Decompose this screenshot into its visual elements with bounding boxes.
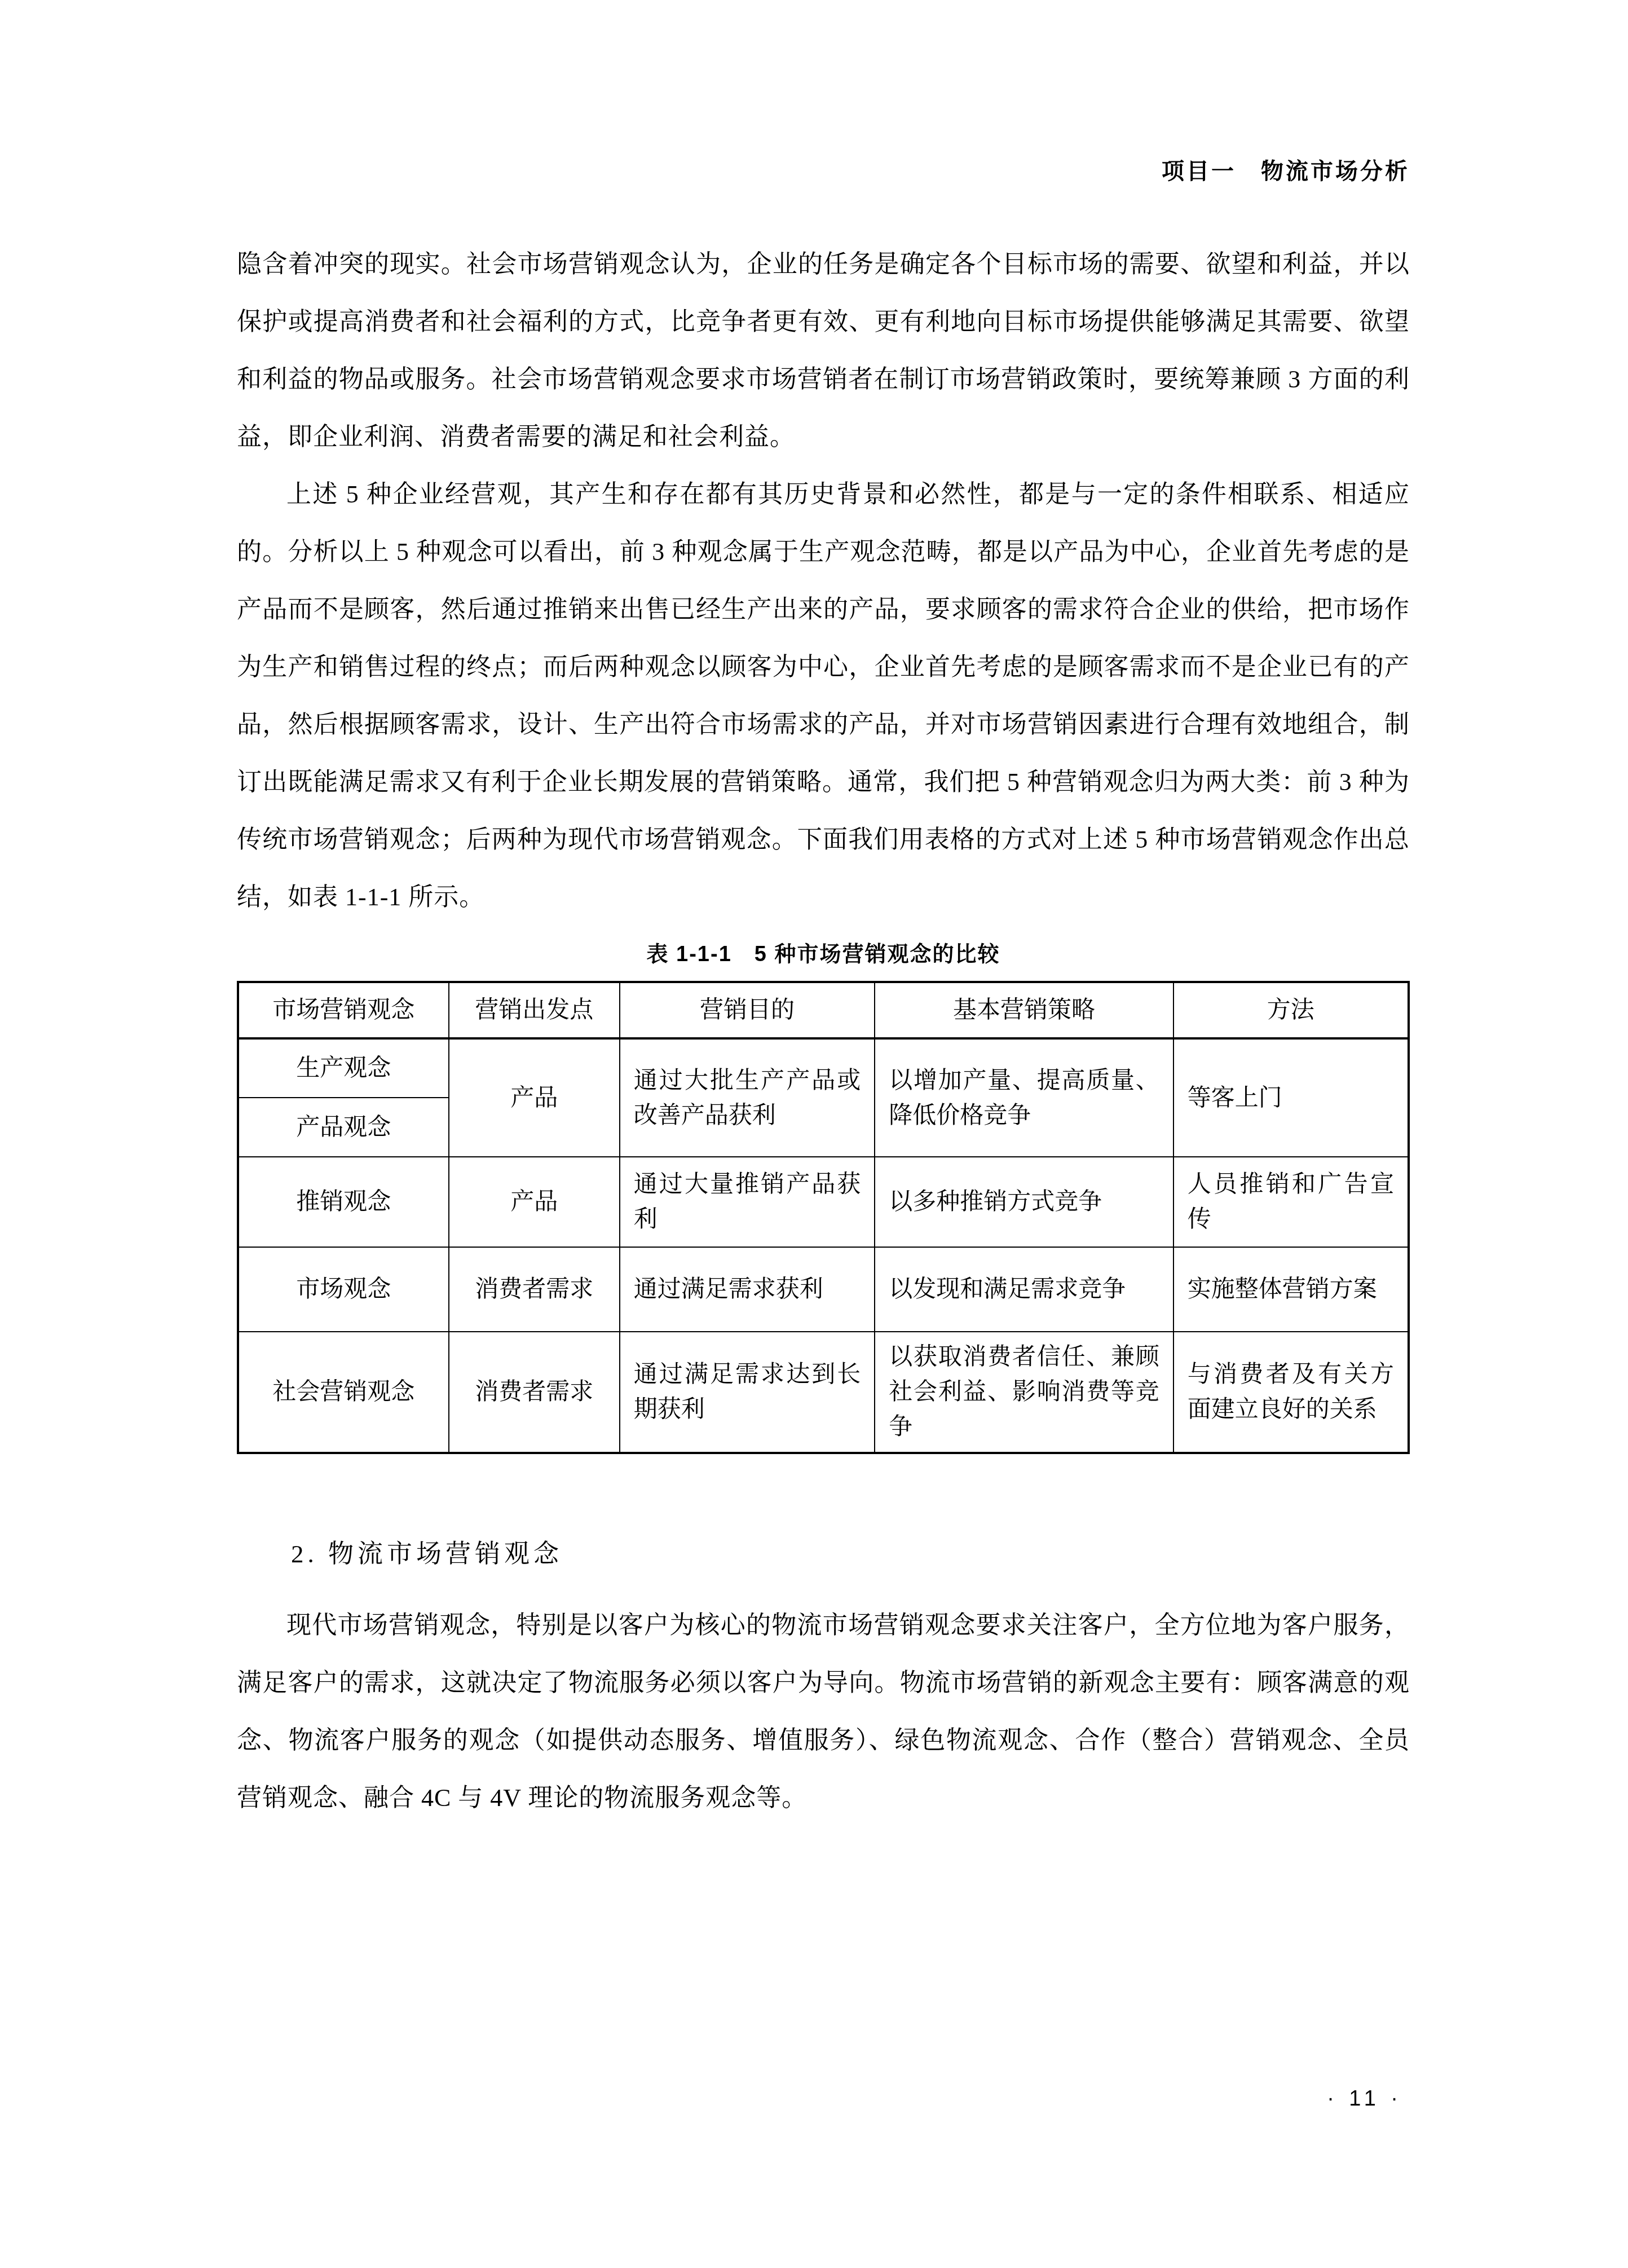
cell-method: 与消费者及有关方面建立良好的关系 [1173,1332,1409,1453]
cell-method: 实施整体营销方案 [1173,1247,1409,1332]
cell-origin: 消费者需求 [449,1247,620,1332]
column-header-purpose: 营销目的 [620,982,875,1038]
cell-concept: 社会营销观念 [238,1332,449,1453]
table-caption: 表 1-1-1 5 种市场营销观念的比较 [237,936,1410,967]
cell-strategy: 以发现和满足需求竞争 [875,1247,1173,1332]
cell-method: 人员推销和广告宣传 [1173,1157,1409,1247]
marketing-concepts-table: 市场营销观念 营销出发点 营销目的 基本营销策略 方法 生产观念 产品 通过大批… [237,981,1410,1454]
column-header-strategy: 基本营销策略 [875,982,1173,1038]
paragraph-2: 上述 5 种企业经营观，其产生和存在都有其历史背景和必然性，都是与一定的条件相联… [237,466,1410,926]
column-header-method: 方法 [1173,982,1409,1038]
table-row: 生产观念 产品 通过大批生产产品或改善产品获利 以增加产量、提高质量、降低价格竞… [238,1038,1409,1098]
paragraph-1: 隐含着冲突的现实。社会市场营销观念认为，企业的任务是确定各个目标市场的需要、欲望… [237,236,1410,466]
table-row: 推销观念 产品 通过大量推销产品获利 以多种推销方式竞争 人员推销和广告宣传 [238,1157,1409,1247]
table-row: 社会营销观念 消费者需求 通过满足需求达到长期获利 以获取消费者信任、兼顾社会利… [238,1332,1409,1453]
column-header-concept: 市场营销观念 [238,982,449,1038]
cell-concept: 市场观念 [238,1247,449,1332]
cell-purpose: 通过大量推销产品获利 [620,1157,875,1247]
cell-concept: 生产观念 [238,1038,449,1098]
document-page: 项目一 物流市场分析 隐含着冲突的现实。社会市场营销观念认为，企业的任务是确定各… [0,0,1628,2268]
cell-origin: 产品 [449,1157,620,1247]
section-heading-2: 2. 物流市场营销观念 [237,1533,1410,1570]
cell-concept: 推销观念 [238,1157,449,1247]
column-header-origin: 营销出发点 [449,982,620,1038]
paragraph-3: 现代市场营销观念，特别是以客户为核心的物流市场营销观念要求关注客户，全方位地为客… [237,1597,1410,1827]
cell-origin: 产品 [449,1038,620,1157]
cell-strategy: 以多种推销方式竞争 [875,1157,1173,1247]
cell-concept: 产品观念 [238,1098,449,1157]
text-column: 隐含着冲突的现实。社会市场营销观念认为，企业的任务是确定各个目标市场的需要、欲望… [237,236,1410,1827]
table-header-row: 市场营销观念 营销出发点 营销目的 基本营销策略 方法 [238,982,1409,1038]
running-head: 项目一 物流市场分析 [237,153,1410,186]
cell-purpose: 通过大批生产产品或改善产品获利 [620,1038,875,1157]
cell-strategy: 以增加产量、提高质量、降低价格竞争 [875,1038,1173,1157]
cell-strategy: 以获取消费者信任、兼顾社会利益、影响消费等竞争 [875,1332,1173,1453]
table-row: 市场观念 消费者需求 通过满足需求获利 以发现和满足需求竞争 实施整体营销方案 [238,1247,1409,1332]
page-number: · 11 · [1327,2087,1402,2111]
cell-origin: 消费者需求 [449,1332,620,1453]
cell-method: 等客上门 [1173,1038,1409,1157]
cell-purpose: 通过满足需求达到长期获利 [620,1332,875,1453]
cell-purpose: 通过满足需求获利 [620,1247,875,1332]
